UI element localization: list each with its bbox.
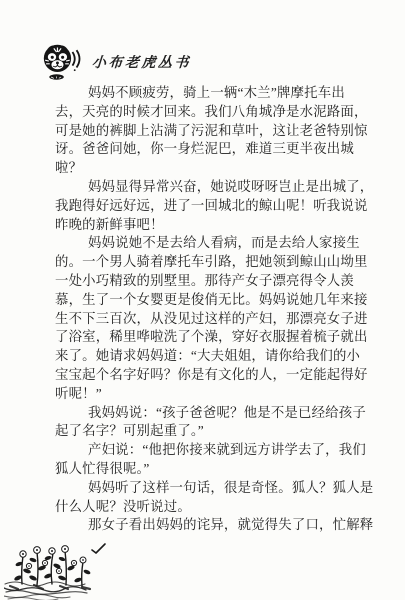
text-line: 了浴室，稀里哗啦洗了个澡，穿好衣服握着梳子就出	[55, 328, 357, 347]
fly-stroke-icon	[92, 544, 105, 553]
text-line: 产妇说：“他把你接来就到远方讲学去了，我们	[55, 441, 357, 460]
text-line: 我妈妈说：“孩子爸爸呢？他是不是已经给孩子	[55, 404, 357, 423]
text-line: 来了。她请求妈妈道：“大夫姐姐，请你给我们的小	[55, 347, 357, 366]
body-text: 妈妈不顾疲劳，骑上一辆“木兰”牌摩托车出去，天亮的时候才回来。我们八角城净是水泥…	[55, 84, 357, 535]
tiger-badge-icon	[42, 42, 82, 82]
book-page: 小布老虎丛书 妈妈不顾疲劳，骑上一辆“木兰”牌摩托车出去，天亮的时候才回来。我们…	[0, 0, 405, 600]
text-line: 妈妈不顾疲劳，骑上一辆“木兰”牌摩托车出	[55, 84, 357, 103]
text-line: 昨晚的新鲜事吧！	[55, 216, 357, 235]
text-line: 的。一个男人骑着摩托车引路，把她领到鲸山山坳里	[55, 253, 357, 272]
text-line: 狐人忙得很呢。”	[55, 460, 357, 479]
series-header: 小布老虎丛书	[42, 40, 191, 84]
text-line: 去，天亮的时候才回来。我们八角城净是水泥路面，	[55, 103, 357, 122]
text-line: 讶。爸爸问她，你一身烂泥巴，难道三更半夜出城	[55, 140, 357, 159]
text-line: 生不下三百次，从没见过这样的产妇，那漂亮女子进	[55, 310, 357, 329]
text-line: 起了名字？可别起重了。”	[55, 422, 357, 441]
text-line: 妈妈听了这样一句话，很是奇怪。狐人？狐人是	[55, 479, 357, 498]
text-line: 啦？	[55, 159, 357, 178]
text-line: 我跑得好远好远，进了一回城北的鲸山呢！听我说说	[55, 197, 357, 216]
text-line: 妈妈说她不是去给人看病，而是去给人家接生	[55, 234, 357, 253]
series-title: 小布老虎丛书	[91, 52, 191, 72]
text-line: 那女子看出妈妈的诧异，就觉得失了口，忙解释	[55, 516, 357, 535]
text-line: 妈妈显得异常兴奋，她说哎呀呀岂止是出城了，	[55, 178, 357, 197]
text-line: 慕，生了一个女婴更是俊俏无比。妈妈说她几年来接	[55, 291, 357, 310]
text-line: 一处小巧精致的别墅里。那待产女子漂亮得令人羡	[55, 272, 357, 291]
text-line: 宝宝起个名字好吗？你是有文化的人，一定能起得好	[55, 366, 357, 385]
text-line: 听呢！”	[55, 385, 357, 404]
text-line: 可是她的裤脚上沾满了污泥和草叶，这让老爸特别惊	[55, 122, 357, 141]
text-line: 什么人呢？没听说过。	[55, 498, 357, 517]
ink-flowers-illustration	[4, 538, 114, 600]
